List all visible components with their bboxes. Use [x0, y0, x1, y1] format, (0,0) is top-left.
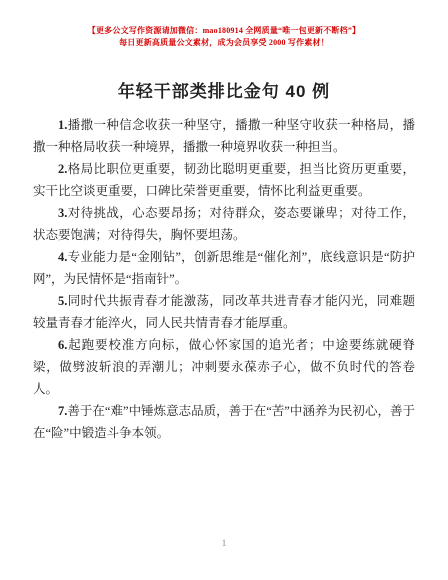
paragraph-number: 6. — [58, 338, 67, 352]
paragraph-number: 3. — [58, 206, 67, 220]
paragraph-3: 3.对待挑战，心态要昂扬；对待群众，姿态要谦卑；对待工作，状态要饱满；对待得失，… — [33, 202, 415, 246]
paragraph-6: 6.起跑要校准方向标，做心怀家国的追光者；中途要练就硬脊梁，做劈波斩浪的弄潮儿；… — [33, 334, 415, 400]
paragraph-number: 5. — [58, 294, 67, 308]
promo-header: 【更多公文写作资源请加微信：mao180914 全网质量“唯一包更新不断档”】 … — [0, 0, 448, 49]
document-page: 【更多公文写作资源请加微信：mao180914 全网质量“唯一包更新不断档”】 … — [0, 0, 448, 580]
page-number: 1 — [222, 538, 227, 548]
promo-line-1: 【更多公文写作资源请加微信：mao180914 全网质量“唯一包更新不断档”】 — [0, 25, 448, 37]
paragraph-5: 5.同时代共振青春才能激荡，同改革共进青春才能闪光，同难题较量青春才能淬火，同人… — [33, 290, 415, 334]
paragraph-number: 1. — [58, 118, 67, 132]
paragraph-2: 2.格局比职位更重要，韧劲比聪明更重要，担当比资历更重要，实干比空谈更重要，口碑… — [33, 158, 415, 202]
paragraph-number: 2. — [58, 162, 67, 176]
paragraph-text: 专业能力是“金刚钻”，创新思维是“催化剂”，底线意识是“防护网”，为民情怀是“指… — [33, 250, 415, 286]
paragraph-1: 1.播撒一种信念收获一种坚守，播撒一种坚守收获一种格局，播撒一种格局收获一种境界… — [33, 114, 415, 158]
paragraph-number: 7. — [58, 404, 67, 418]
paragraph-text: 起跑要校准方向标，做心怀家国的追光者；中途要练就硬脊梁，做劈波斩浪的弄潮儿；冲刺… — [33, 338, 415, 396]
page-footer: 1 — [0, 538, 448, 548]
paragraph-4: 4.专业能力是“金刚钻”，创新思维是“催化剂”，底线意识是“防护网”，为民情怀是… — [33, 246, 415, 290]
document-title: 年轻干部类排比金句 40 例 — [0, 77, 448, 102]
paragraph-number: 4. — [58, 250, 67, 264]
paragraph-7: 7.善于在“难”中锤炼意志品质，善于在“苦”中涵养为民初心，善于在“险”中锻造斗… — [33, 400, 415, 444]
paragraph-text: 对待挑战，心态要昂扬；对待群众，姿态要谦卑；对待工作，状态要饱满；对待得失，胸怀… — [33, 206, 415, 242]
paragraph-text: 播撒一种信念收获一种坚守，播撒一种坚守收获一种格局，播撒一种格局收获一种境界，播… — [33, 118, 415, 154]
paragraph-text: 格局比职位更重要，韧劲比聪明更重要，担当比资历更重要，实干比空谈更重要，口碑比荣… — [33, 162, 415, 198]
paragraph-text: 善于在“难”中锤炼意志品质，善于在“苦”中涵养为民初心，善于在“险”中锻造斗争本… — [33, 404, 415, 440]
document-body: 1.播撒一种信念收获一种坚守，播撒一种坚守收获一种格局，播撒一种格局收获一种境界… — [33, 114, 415, 444]
paragraph-text: 同时代共振青春才能激荡，同改革共进青春才能闪光，同难题较量青春才能淬火，同人民共… — [33, 294, 415, 330]
promo-line-2: 每日更新高质量公文素材，成为会员享受 2000 写作素材！ — [0, 37, 448, 49]
